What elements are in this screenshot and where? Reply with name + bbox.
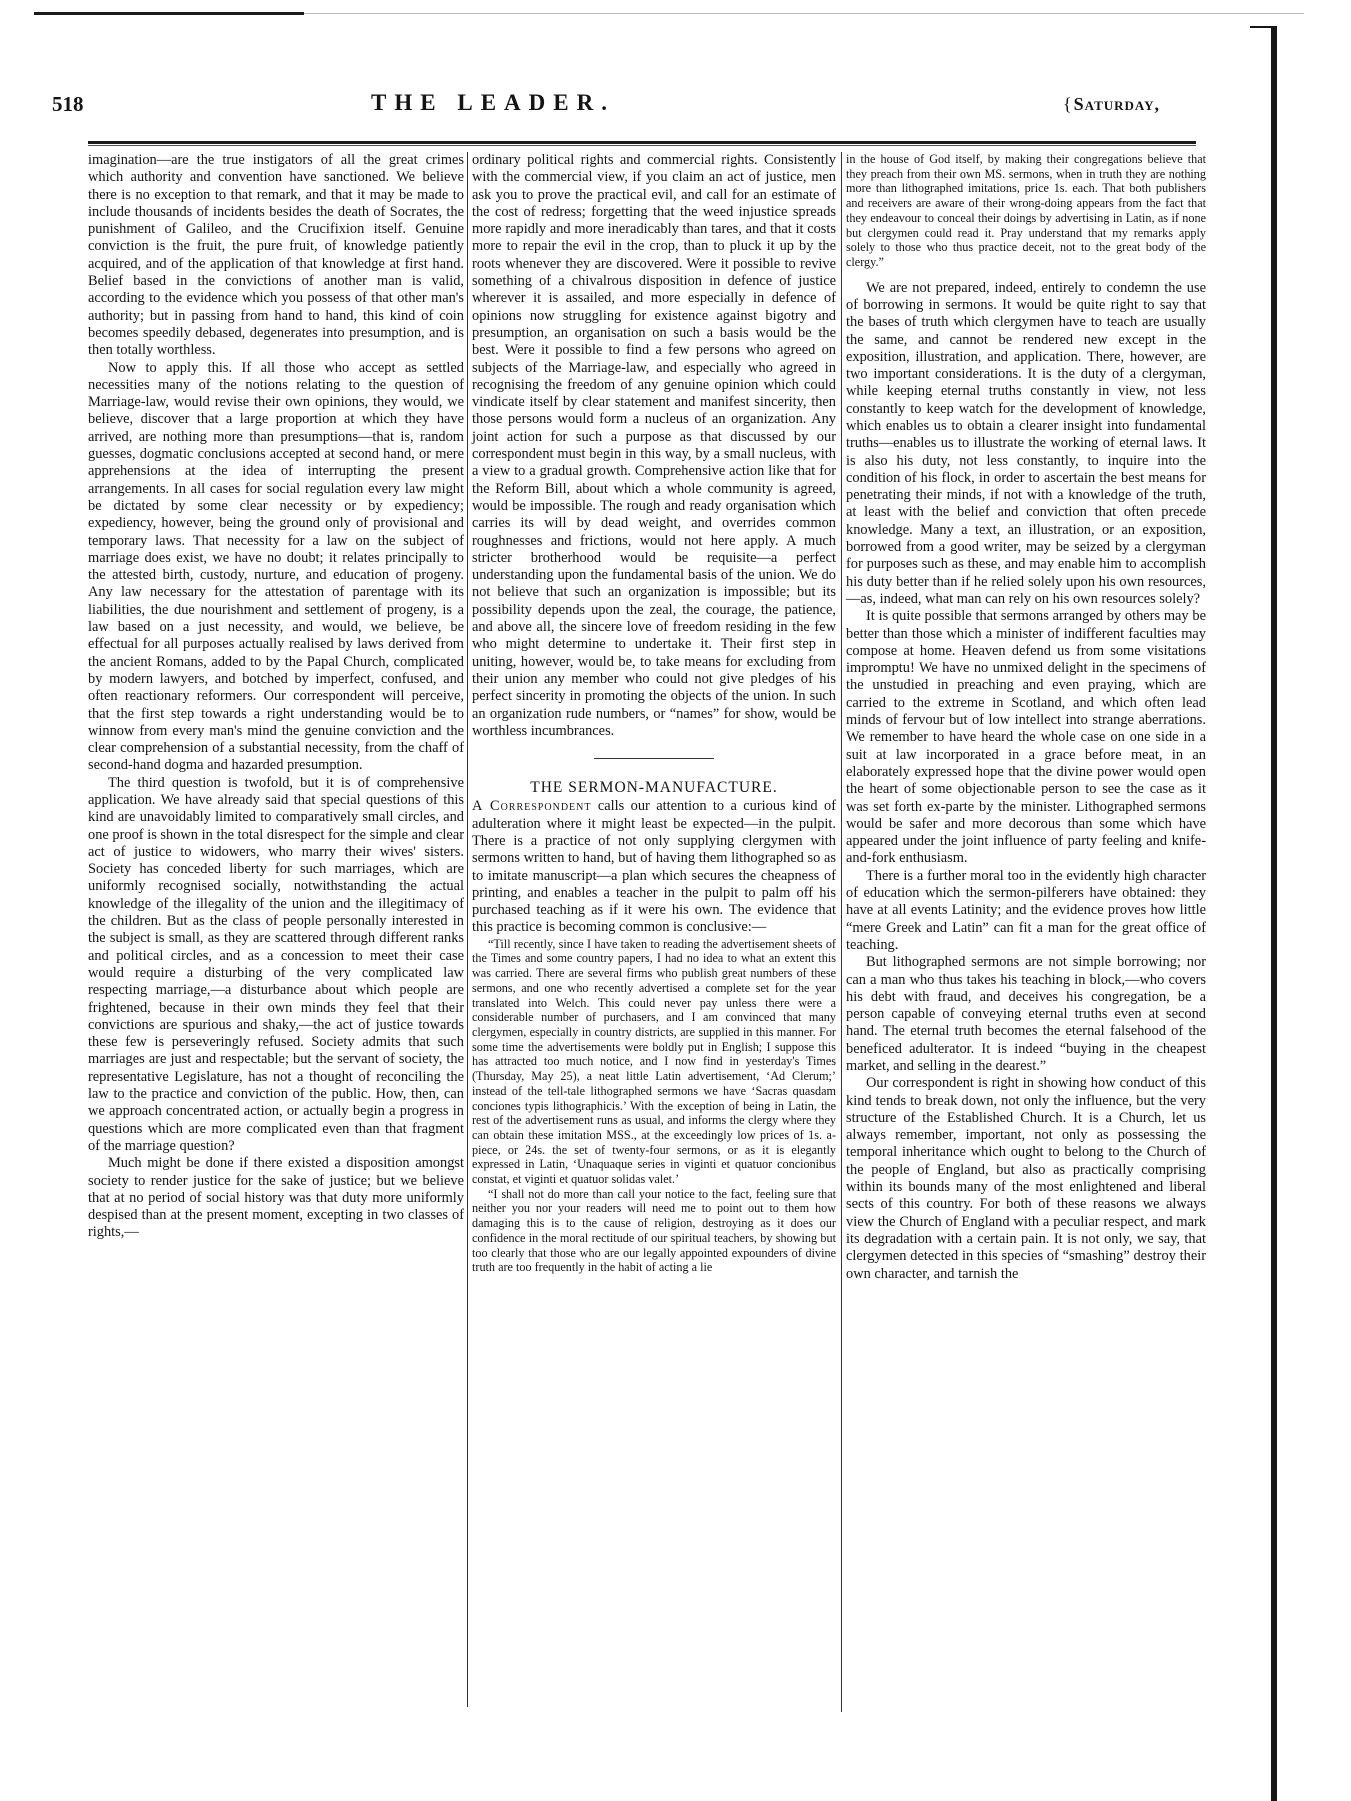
paragraph: It is quite possible that sermons arrang…	[846, 608, 1206, 867]
issue-day: Saturday,	[1063, 94, 1160, 115]
lead-text: calls our attention to a curious kind of…	[472, 798, 836, 935]
paragraph: Our correspondent is right in showing ho…	[846, 1075, 1206, 1283]
masthead-title: THE LEADER.	[198, 90, 788, 116]
paragraph: imagination—are the true instigators of …	[88, 152, 464, 360]
paragraph: There is a further moral too in the evid…	[846, 868, 1206, 954]
paragraph: But lithographed sermons are not simple …	[846, 954, 1206, 1075]
paragraph: ordinary political rights and commercial…	[472, 152, 836, 740]
correspondent-quote-continued: in the house of God itself, by making th…	[846, 152, 1206, 270]
quote-paragraph: “Till recently, since I have taken to re…	[472, 937, 836, 1187]
article-column-2: ordinary political rights and commercial…	[472, 152, 836, 1275]
header-rule-thin	[88, 145, 1196, 146]
quote-paragraph: “I shall not do more than call your noti…	[472, 1187, 836, 1275]
section-lead-paragraph: A Correspondent calls our attention to a…	[472, 798, 836, 936]
lead-smallcaps: A Correspondent	[472, 798, 591, 814]
correspondent-quote: “Till recently, since I have taken to re…	[472, 937, 836, 1275]
paragraph: We are not prepared, indeed, entirely to…	[846, 280, 1206, 609]
article-column-3: in the house of God itself, by making th…	[846, 152, 1206, 1283]
paragraph: Much might be done if there existed a di…	[88, 1155, 464, 1241]
column-divider	[467, 152, 468, 1707]
page-edge-bar	[1271, 27, 1277, 1801]
section-heading: THE SERMON-MANUFACTURE.	[472, 779, 836, 796]
section-divider	[594, 758, 714, 759]
paragraph: The third question is twofold, but it is…	[88, 775, 464, 1156]
page-edge-bar-cap	[1250, 26, 1277, 28]
article-column-1: imagination—are the true instigators of …	[88, 152, 464, 1242]
header-rule	[88, 141, 1196, 144]
quote-paragraph: in the house of God itself, by making th…	[846, 152, 1206, 270]
column-divider	[841, 152, 842, 1712]
page-number: 518	[52, 92, 84, 117]
top-rule	[34, 12, 304, 15]
paragraph: Now to apply this. If all those who acce…	[88, 360, 464, 775]
page-header: 518 THE LEADER. Saturday,	[38, 88, 1238, 124]
top-rule-thin	[304, 13, 1304, 14]
